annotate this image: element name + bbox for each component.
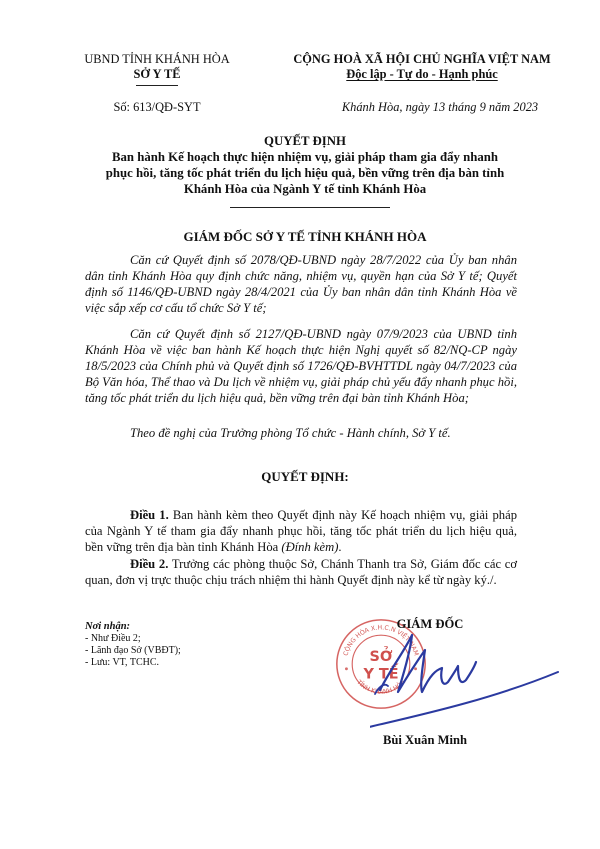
title-line-2: phục hồi, tăng tốc phát triển du lịch hi… — [70, 165, 540, 181]
document-title: QUYẾT ĐỊNH Ban hành Kế hoạch thực hiện n… — [70, 133, 540, 197]
preamble-paragraph: Theo đề nghị của Trưởng phòng Tổ chức - … — [85, 425, 517, 441]
title-rule — [230, 207, 390, 208]
article-note: (Đính kèm) — [281, 540, 338, 554]
agency-name: SỞ Y TẾ — [82, 67, 232, 82]
recipients-label: Nơi nhận: — [85, 621, 285, 633]
place-date: Khánh Hòa, ngày 13 tháng 9 năm 2023 — [310, 100, 570, 115]
national-header: CỘNG HOÀ XÃ HỘI CHỦ NGHĨA VIỆT NAM Độc l… — [272, 52, 572, 82]
recipient-item: - Lưu: VT, TCHC. — [85, 657, 285, 669]
national-title: CỘNG HOÀ XÃ HỘI CHỦ NGHĨA VIỆT NAM — [272, 52, 572, 67]
article-label: Điều 1. — [130, 508, 169, 522]
recipient-item: - Như Điều 2; — [85, 633, 285, 645]
recipients-block: Nơi nhận: - Như Điều 2; - Lãnh đạo Sở (V… — [85, 621, 285, 669]
title-line-1: Ban hành Kế hoạch thực hiện nhiệm vụ, gi… — [70, 149, 540, 165]
article-1: Điều 1. Ban hành kèm theo Quyết định này… — [85, 507, 517, 555]
signer-name: Bùi Xuân Minh — [355, 733, 495, 748]
preamble-paragraph: Căn cứ Quyết định số 2078/QĐ-UBND ngày 2… — [85, 252, 517, 316]
decision-heading: QUYẾT ĐỊNH: — [70, 469, 540, 485]
agency-underline — [136, 85, 178, 86]
agency-parent: UBND TỈNH KHÁNH HÒA — [82, 52, 232, 67]
article-2: Điều 2. Trưởng các phòng thuộc Sở, Chánh… — [85, 556, 517, 588]
national-motto: Độc lập - Tự do - Hạnh phúc — [346, 67, 497, 81]
article-end: . — [338, 540, 341, 554]
article-label: Điều 2. — [130, 557, 168, 571]
preamble-paragraph: Căn cứ Quyết định số 2127/QĐ-UBND ngày 0… — [85, 326, 517, 406]
title-line-3: Khánh Hòa của Ngành Y tế tỉnh Khánh Hòa — [70, 181, 540, 197]
title-heading: QUYẾT ĐỊNH — [70, 133, 540, 149]
handwritten-signature-icon — [370, 630, 560, 730]
issuing-agency: UBND TỈNH KHÁNH HÒA SỞ Y TẾ — [82, 52, 232, 86]
document-number: Số: 613/QĐ-SYT — [82, 100, 232, 115]
authority-heading: GIÁM ĐỐC SỞ Y TẾ TỈNH KHÁNH HÒA — [70, 229, 540, 245]
recipient-item: - Lãnh đạo Sở (VBĐT); — [85, 645, 285, 657]
